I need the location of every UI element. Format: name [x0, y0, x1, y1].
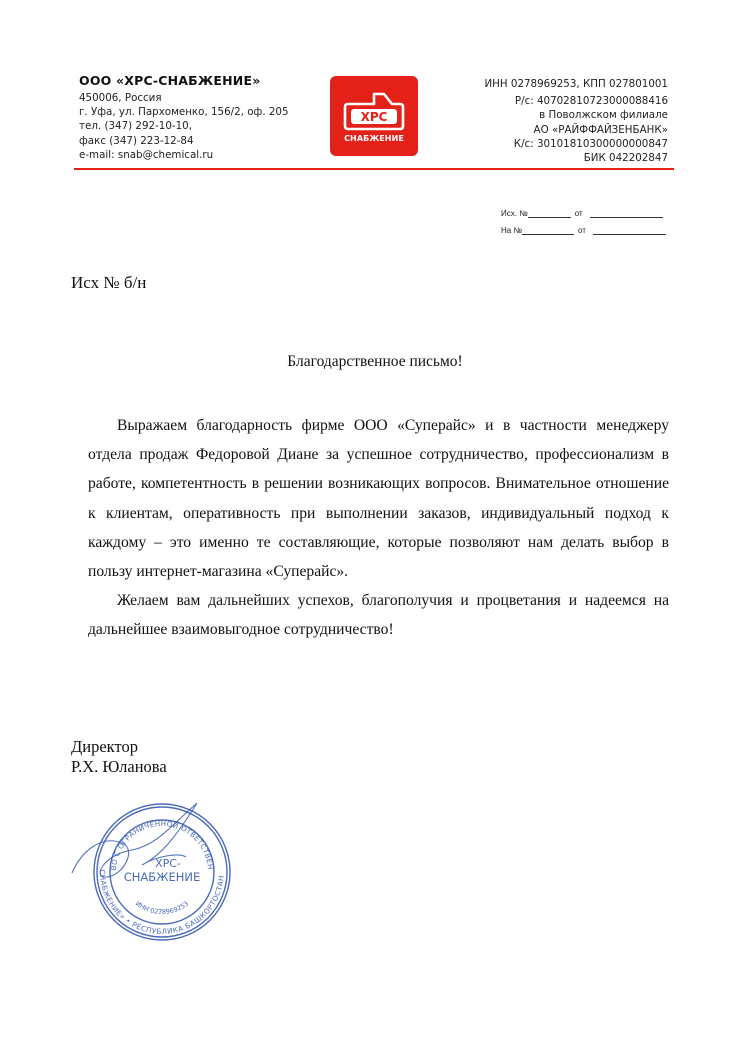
incoming-number-field [522, 225, 574, 235]
address-line: 450006, Россия [79, 91, 289, 105]
bik: БИК 042202847 [484, 151, 668, 165]
incoming-ref-row: На № от [501, 218, 666, 235]
letter-title: Благодарственное письмо! [0, 353, 750, 371]
stamp-seal-icon: ОБЩЕСТВО С ОГРАНИЧЕННОЙ ОТВЕТСТВЕННОСТЬЮ… [62, 795, 242, 965]
account-number: Р/с: 40702810723000088416 [484, 94, 668, 108]
outgoing-ref-row: Исх. № от [501, 201, 666, 218]
svg-text:ХРС-: ХРС- [155, 857, 181, 870]
inn-kpp: ИНН 0278969253, КПП 027801001 [484, 77, 668, 91]
signatory-title: Директор [71, 737, 167, 757]
correspondent-account: К/с: 30101810300000000847 [484, 137, 668, 151]
incoming-date-field [593, 225, 666, 235]
address-line: г. Уфа, ул. Пархоменко, 156/2, оф. 205 [79, 105, 289, 119]
outgoing-number-field [528, 208, 571, 218]
fax-line: факс (347) 223-12-84 [79, 134, 289, 148]
phone-line: тел. (347) 292-10-10, [79, 119, 289, 133]
signatory-name: Р.Х. Юланова [71, 757, 167, 777]
letter-body: Выражаем благодарность фирме ООО «Супера… [88, 411, 669, 645]
incoming-number-label: На № [501, 226, 522, 235]
outgoing-number-label: Исх. № [501, 209, 528, 218]
header-divider [74, 168, 674, 170]
signature-block: Директор Р.Х. Юланова [71, 737, 167, 777]
outgoing-number: Исх № б/н [71, 273, 146, 293]
email-line: e-mail: snab@chemical.ru [79, 148, 289, 162]
svg-text:ОБЩЕСТВО С ОГРАНИЧЕННОЙ ОТВЕТС: ОБЩЕСТВО С ОГРАНИЧЕННОЙ ОТВЕТСТВЕННОСТЬЮ [62, 795, 215, 871]
outgoing-date-field [590, 208, 663, 218]
paragraph: Выражаем благодарность фирме ООО «Супера… [88, 411, 669, 586]
reference-fields: Исх. № от На № от [501, 201, 666, 235]
incoming-date-label: от [578, 226, 586, 235]
logo-subtitle: СНАБЖЕНИЕ [330, 134, 418, 143]
company-logo: ХРС СНАБЖЕНИЕ [330, 76, 418, 156]
svg-text:СНАБЖЕНИЕ: СНАБЖЕНИЕ [124, 870, 201, 884]
company-name: ООО «ХРС-СНАБЖЕНИЕ» [79, 73, 289, 89]
outgoing-date-label: от [575, 209, 583, 218]
bank-branch: в Поволжском филиале [484, 108, 668, 122]
company-stamp: ОБЩЕСТВО С ОГРАНИЧЕННОЙ ОТВЕТСТВЕННОСТЬЮ… [62, 795, 242, 965]
svg-text:ХРС: ХРС [361, 110, 388, 124]
logo-badge-icon: ХРС [330, 76, 418, 156]
bank-details-block: ИНН 0278969253, КПП 027801001 Р/с: 40702… [484, 77, 668, 165]
paragraph: Желаем вам дальнейших успехов, благополу… [88, 586, 669, 644]
svg-text:ИНН 0278969253: ИНН 0278969253 [134, 900, 190, 917]
company-contact-block: ООО «ХРС-СНАБЖЕНИЕ» 450006, Россия г. Уф… [79, 73, 289, 162]
bank-name: АО «РАЙФФАЙЗЕНБАНК» [484, 123, 668, 137]
